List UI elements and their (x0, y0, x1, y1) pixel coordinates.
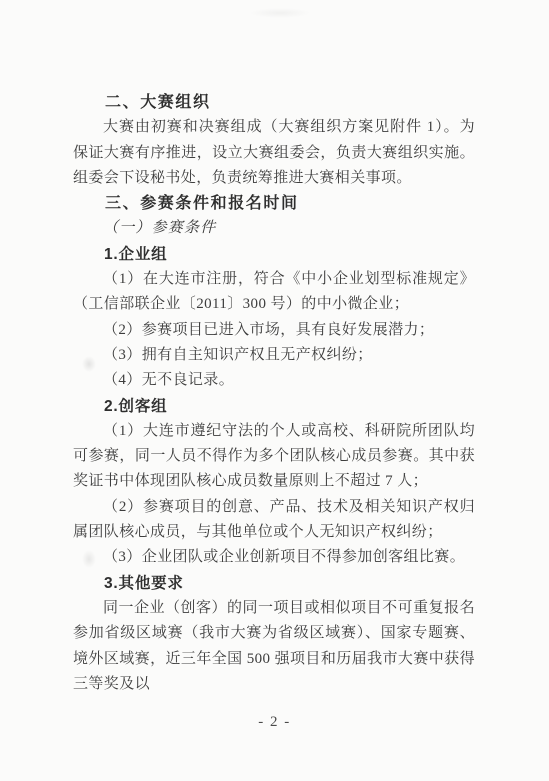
group-heading-enterprise-group: 1.企业组 (73, 242, 475, 267)
enterprise-condition-1: （1）在大连市注册，符合《中小企业划型标准规定》（工信部联企业〔2011〕300… (73, 267, 475, 318)
section-heading-competition-organization: 二、大赛组织 (73, 90, 475, 115)
enterprise-condition-2: （2）参赛项目已进入市场，具有良好发展潜力； (73, 318, 475, 343)
group-heading-maker-group: 2.创客组 (73, 394, 475, 419)
group-heading-other-requirements: 3.其他要求 (73, 571, 475, 596)
paragraph-organization-overview: 大赛由初赛和决赛组成（大赛组织方案见附件 1）。为保证大赛有序推进，设立大赛组委… (73, 115, 475, 191)
document-body: 二、大赛组织 大赛由初赛和决赛组成（大赛组织方案见附件 1）。为保证大赛有序推进… (73, 90, 475, 697)
scan-artifact (250, 8, 310, 18)
subsection-heading-entry-conditions: （一）参赛条件 (73, 216, 475, 241)
maker-condition-1: （1）大连市遵纪守法的个人或高校、科研院所团队均可参赛，同一人员不得作为多个团队… (73, 419, 475, 495)
page-number: - 2 - (0, 714, 549, 731)
maker-condition-3: （3）企业团队或企业创新项目不得参加创客组比赛。 (73, 545, 475, 570)
document-page: 二、大赛组织 大赛由初赛和决赛组成（大赛组织方案见附件 1）。为保证大赛有序推进… (0, 0, 549, 781)
enterprise-condition-3: （3）拥有自主知识产权且无产权纠纷； (73, 343, 475, 368)
enterprise-condition-4: （4）无不良记录。 (73, 368, 475, 393)
maker-condition-2: （2）参赛项目的创意、产品、技术及相关知识产权归属团队核心成员，与其他单位或个人… (73, 495, 475, 546)
section-heading-entry-conditions-and-registration: 三、参赛条件和报名时间 (73, 191, 475, 216)
other-requirements-paragraph: 同一企业（创客）的同一项目或相似项目不可重复报名参加省级区域赛（我市大赛为省级区… (73, 596, 475, 697)
